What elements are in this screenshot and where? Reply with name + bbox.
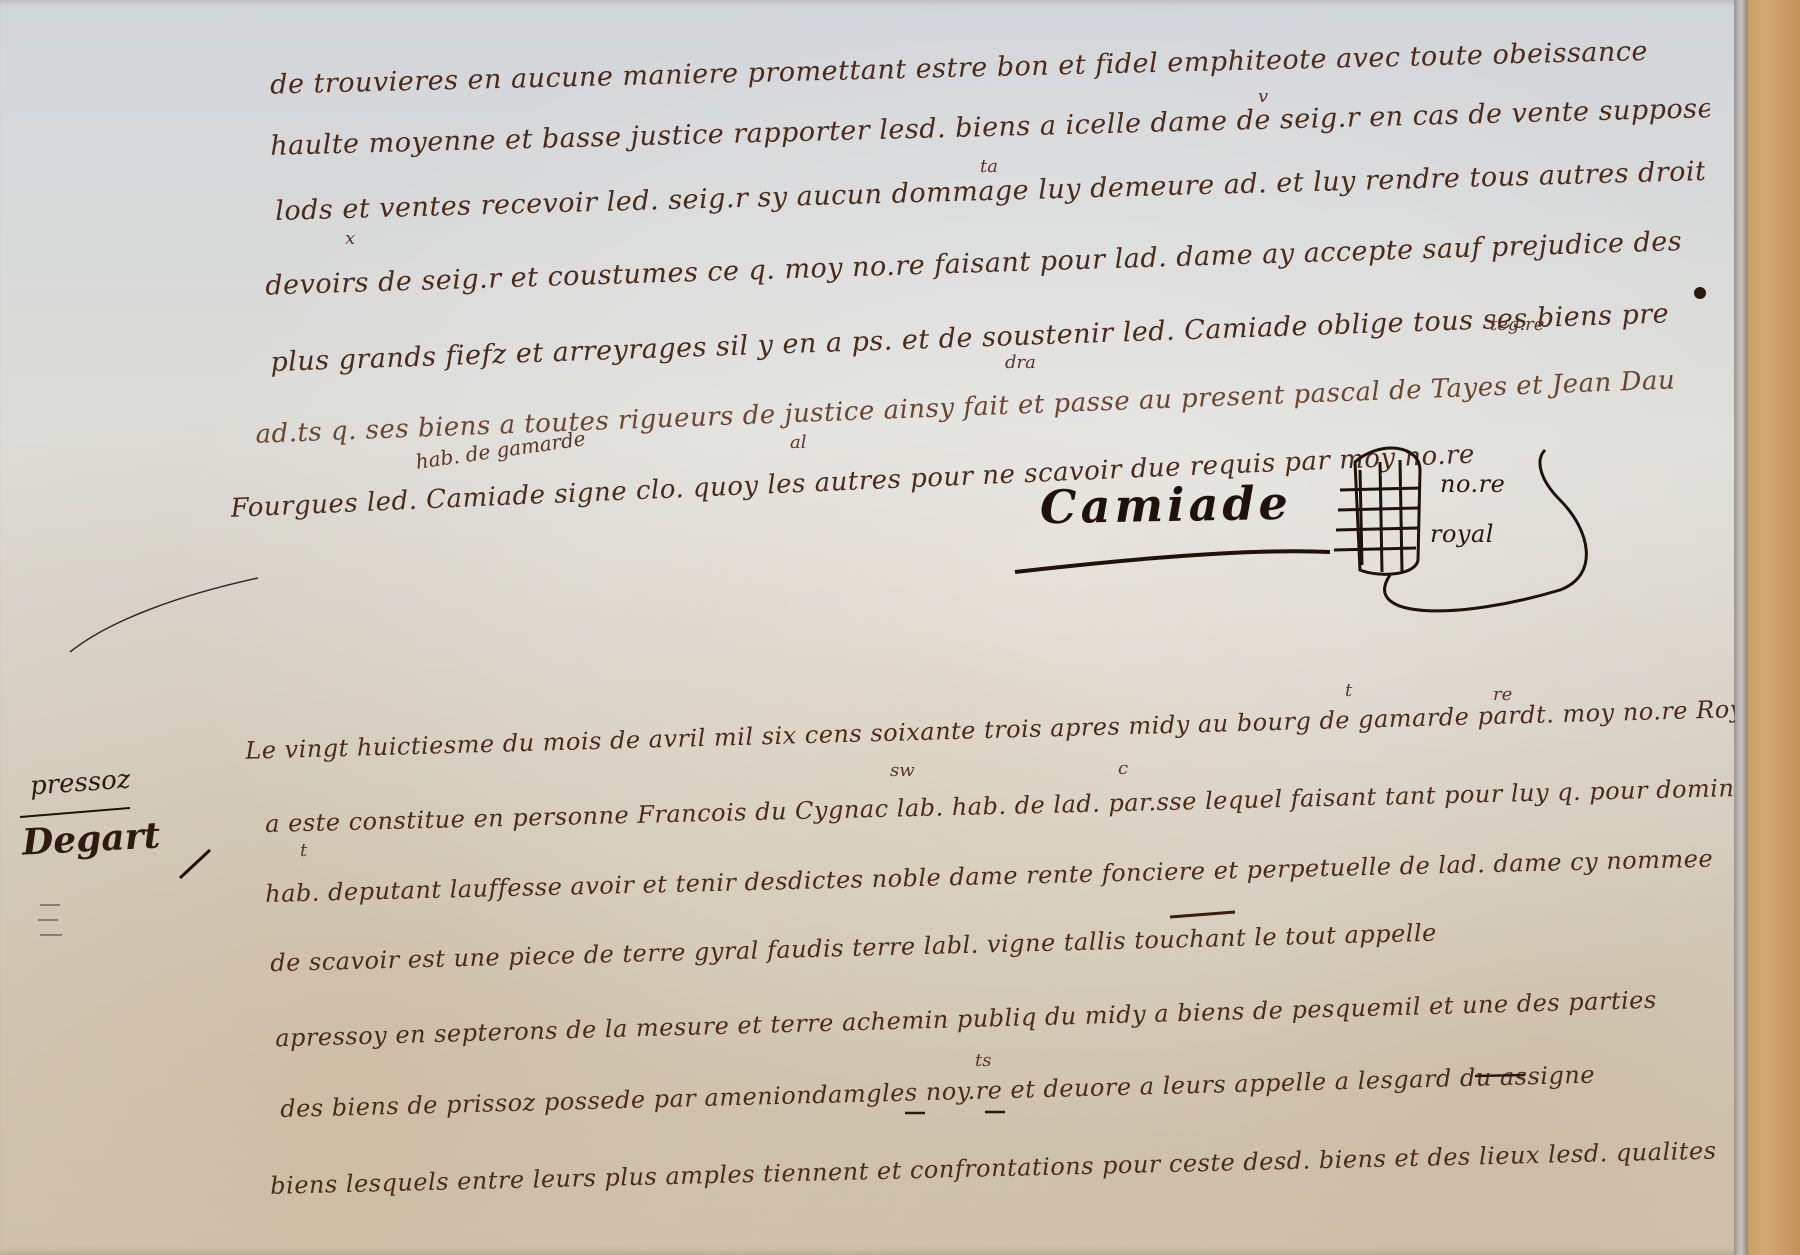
superscript: sw xyxy=(890,760,915,781)
signature-paraph-text-1: no.re xyxy=(1440,470,1505,498)
superscript: t xyxy=(300,840,307,861)
superscript: dra xyxy=(1005,352,1036,373)
superscript: ts xyxy=(975,1050,991,1071)
margin-note-degart: Degart xyxy=(21,814,161,863)
page-edge xyxy=(1734,0,1748,1255)
superscript: v xyxy=(1258,86,1268,107)
superscript: ta xyxy=(980,156,998,177)
superscript: re xyxy=(1493,684,1512,705)
superscript: x xyxy=(345,228,355,249)
superscript: c xyxy=(1118,758,1128,779)
wooden-table-background xyxy=(1740,0,1800,1255)
signature-name: Camiade xyxy=(1040,476,1293,534)
superscript: t xyxy=(1345,680,1352,701)
superscript: al xyxy=(790,432,807,453)
superscript: teg.re xyxy=(1490,314,1544,335)
signature-paraph-text-2: royal xyxy=(1430,520,1494,548)
